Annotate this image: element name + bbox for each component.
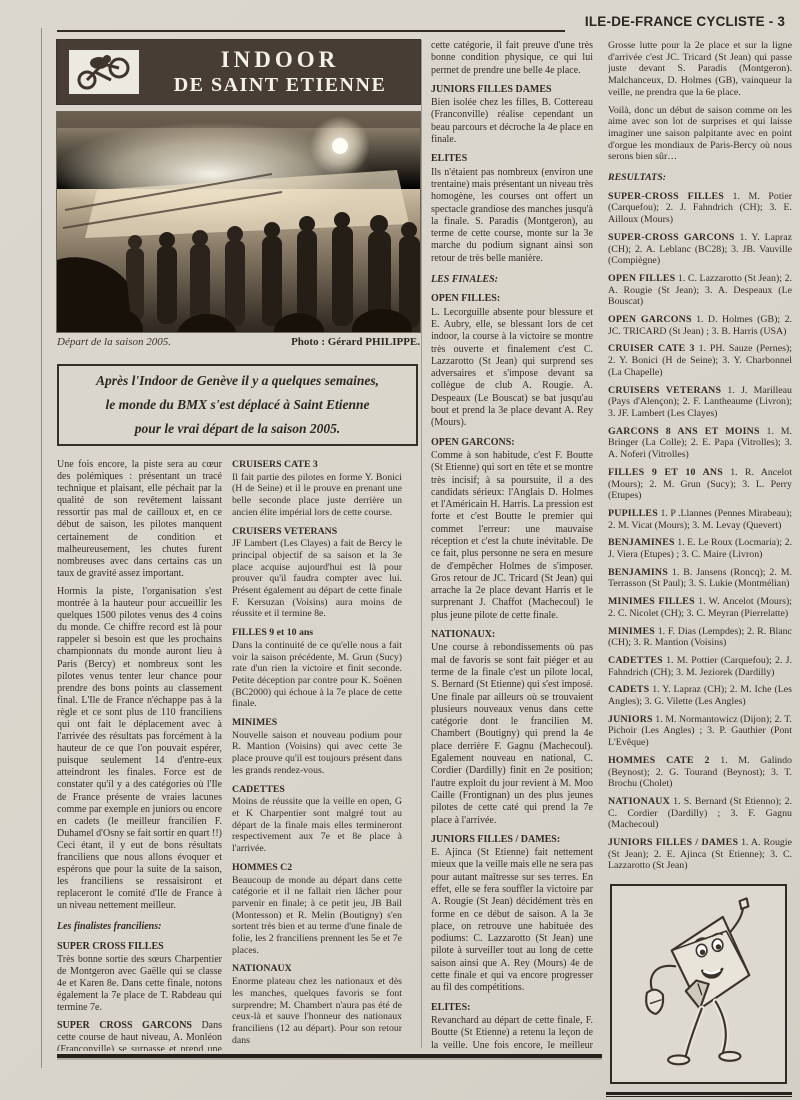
envelope-mascot-illustration: [610, 884, 787, 1084]
page-masthead: ILE-DE-FRANCE CYCLISTE - 3: [575, 14, 795, 29]
section-heading: CRUISERS CATE 3: [232, 459, 402, 471]
section-text: Nouvelle saison et nouveau podium pour R…: [232, 730, 402, 777]
lede-line2: le monde du BMX s'est déplacé à Saint Et…: [105, 393, 369, 417]
article-title: INDOOR DE SAINT ETIENNE: [149, 40, 411, 104]
results-entry: JUNIORS FILLES / DAMES 1. A. Rougie (St …: [608, 837, 792, 872]
bottom-rule-right: [606, 1092, 792, 1097]
results-category: NATIONAUX: [608, 796, 670, 807]
results-category: BENJAMINS: [608, 567, 668, 578]
lede-line1: Après l'Indoor de Genève il y a quelques…: [96, 369, 379, 393]
section-heading: JUNIORS FILLES / DAMES:: [431, 834, 593, 846]
section-runin: SUPER CROSS GARCONS Dans cette course de…: [57, 1020, 222, 1051]
results-entry: MINIMES 1. F. Dias (Lempdes); 2. R. Blan…: [608, 626, 792, 649]
article-lede-box: Après l'Indoor de Genève il y a quelques…: [57, 364, 418, 446]
section-text: Revanchard au départ de cette finale, F.…: [431, 1015, 593, 1050]
section-heading: OPEN GARCONS:: [431, 437, 593, 449]
results-entry: CRUISERS VETERANS 1. J. Marilleau (Pays …: [608, 385, 792, 420]
section-text: Beaucoup de monde au départ dans cette c…: [232, 875, 402, 957]
results-title: RESULTATS:: [608, 172, 792, 184]
article-title-banner: INDOOR DE SAINT ETIENNE: [57, 40, 420, 104]
results-entry: OPEN FILLES 1. C. Lazzarotto (St Jean); …: [608, 273, 792, 308]
results-category: OPEN GARCONS: [608, 314, 692, 325]
results-entry: MINIMES FILLES 1. W. Ancelot (Mours); 2.…: [608, 596, 792, 619]
results-category: FILLES 9 ET 10 ANS: [608, 467, 723, 478]
photo-credit: Photo : Gérard PHILIPPE.: [230, 336, 420, 348]
section-heading: SUPER CROSS FILLES: [57, 941, 222, 953]
results-entry: JUNIORS 1. M. Normantowicz (Dijon); 2. T…: [608, 714, 792, 749]
section-heading: HOMMES C2: [232, 862, 402, 874]
section-heading: ELITES: [431, 153, 593, 165]
section-heading: NATIONAUX:: [431, 629, 593, 641]
article-column-4: Grosse lutte pour la 2e place et sur la …: [608, 40, 792, 878]
section-text: Bien isolée chez les filles, B. Cotterea…: [431, 97, 593, 146]
section-heading: CRUISERS VETERANS: [232, 526, 402, 538]
results-category: CADETTES: [608, 655, 663, 666]
article-paragraph: Voilà, donc un début de saison comme on …: [608, 105, 792, 164]
results-entry: BENJAMINES 1. E. Le Roux (Locmaria); 2. …: [608, 537, 792, 560]
results-category: SUPER-CROSS GARCONS: [608, 232, 735, 243]
bottom-rule-left: [57, 1054, 602, 1058]
article-title-line1: INDOOR: [221, 47, 340, 73]
article-paragraph: Une fois encore, la piste sera au cœur d…: [57, 459, 222, 580]
section-heading: FILLES 9 et 10 ans: [232, 627, 402, 639]
section-subhead: LES FINALES:: [431, 274, 593, 286]
article-paragraph: Hormis la piste, l'organisation s'est mo…: [57, 586, 222, 913]
section-heading: MINIMES: [232, 717, 402, 729]
results-entry: PUPILLES 1. P .Llannes (Pennes Mirabeau)…: [608, 508, 792, 531]
top-horizontal-rule: [57, 30, 565, 32]
results-category: CADETS: [608, 684, 649, 695]
article-column-1: Une fois encore, la piste sera au cœur d…: [57, 459, 222, 1051]
section-heading: CADETTES: [232, 784, 402, 796]
section-text: Moins de réussite que la veille en open,…: [232, 796, 402, 855]
results-category: JUNIORS: [608, 714, 653, 725]
photo-caption: Départ de la saison 2005.: [57, 336, 171, 348]
article-column-3: cette catégorie, il fait preuve d'une tr…: [431, 40, 593, 1050]
results-category: CRUISERS VETERANS: [608, 385, 721, 396]
results-category: JUNIORS FILLES / DAMES: [608, 837, 738, 848]
section-text: Très bonne sortie des sœurs Charpentier …: [57, 954, 222, 1014]
scanned-magazine-page: ILE-DE-FRANCE CYCLISTE - 3 INDOOR DE SAI…: [0, 0, 800, 1100]
results-category: HOMMES CATE 2: [608, 755, 710, 766]
results-entry: BENJAMINS 1. B. Jansens (Roncq); 2. M. T…: [608, 567, 792, 590]
results-category: BENJAMINES: [608, 537, 675, 548]
section-heading: ELITES:: [431, 1002, 593, 1014]
section-heading: OPEN FILLES:: [431, 293, 593, 305]
section-text: E. Ajinca (St Etienne) fait nettement mi…: [431, 847, 593, 995]
article-paragraph: cette catégorie, il fait preuve d'une tr…: [431, 40, 593, 77]
results-category: MINIMES FILLES: [608, 596, 695, 607]
results-entry: CADETS 1. Y. Lapraz (CH); 2. M. Iche (Le…: [608, 684, 792, 707]
results-entry: SUPER-CROSS GARCONS 1. Y. Lapraz (CH); 2…: [608, 232, 792, 267]
results-category: MINIMES: [608, 626, 655, 637]
results-category: GARCONS 8 ANS ET MOINS: [608, 426, 760, 437]
section-text: Il fait partie des pilotes en forme Y. B…: [232, 472, 402, 519]
results-entry: NATIONAUX 1. S. Bernard (St Etienno); 2.…: [608, 796, 792, 831]
article-title-line2: DE SAINT ETIENNE: [174, 73, 387, 97]
section-text: Ils n'étaient pas nombreux (environ une …: [431, 167, 593, 265]
crowd-photo: [57, 112, 420, 332]
page-left-rule: [41, 28, 42, 1068]
section-heading: JUNIORS FILLES DAMES: [431, 84, 593, 96]
article-paragraph: Grosse lutte pour la 2e place et sur la …: [608, 40, 792, 99]
section-text: Dans la continuité de ce qu'elle nous a …: [232, 640, 402, 710]
results-entry: CADETTES 1. M. Pottier (Carquefou); 2. J…: [608, 655, 792, 678]
section-text: Comme à son habitude, c'est F. Boutte (S…: [431, 450, 593, 622]
section-heading: NATIONAUX: [232, 963, 402, 975]
section-text: JF Lambert (Les Clayes) a fait de Bercy …: [232, 538, 402, 620]
results-category: CRUISER CATE 3: [608, 343, 695, 354]
results-category: PUPILLES: [608, 508, 658, 519]
section-subhead: Les finalistes franciliens:: [57, 921, 222, 933]
results-entry: FILLES 9 ET 10 ANS 1. R. Ancelot (Mours)…: [608, 467, 792, 502]
article-column-2: CRUISERS CATE 3 Il fait partie des pilot…: [232, 459, 402, 1051]
results-entry: GARCONS 8 ANS ET MOINS 1. M. Bringer (La…: [608, 426, 792, 461]
results-category: OPEN FILLES: [608, 273, 675, 284]
results-entry: OPEN GARCONS 1. D. Holmes (GB); 2. JC. T…: [608, 314, 792, 337]
bmx-rider-icon: [69, 50, 139, 94]
section-text: Enorme plateau chez les nationaux et dès…: [232, 976, 402, 1046]
section-text: Une course à rebondissements où pas mal …: [431, 642, 593, 826]
section-heading: SUPER CROSS GARCONS: [57, 1020, 192, 1031]
results-entry: CRUISER CATE 3 1. PH. Sauze (Pernes); 2.…: [608, 343, 792, 378]
section-text: L. Lecorguille absente pour blessure et …: [431, 307, 593, 430]
results-entry: SUPER-CROSS FILLES 1. M. Potier (Carquef…: [608, 191, 792, 226]
lede-line3: pour le vrai départ de la saison 2005.: [135, 417, 341, 441]
results-entry: HOMMES CATE 2 1. M. Galindo (Beynost); 2…: [608, 755, 792, 790]
column-divider-rule: [421, 40, 422, 1048]
results-category: SUPER-CROSS FILLES: [608, 191, 724, 202]
